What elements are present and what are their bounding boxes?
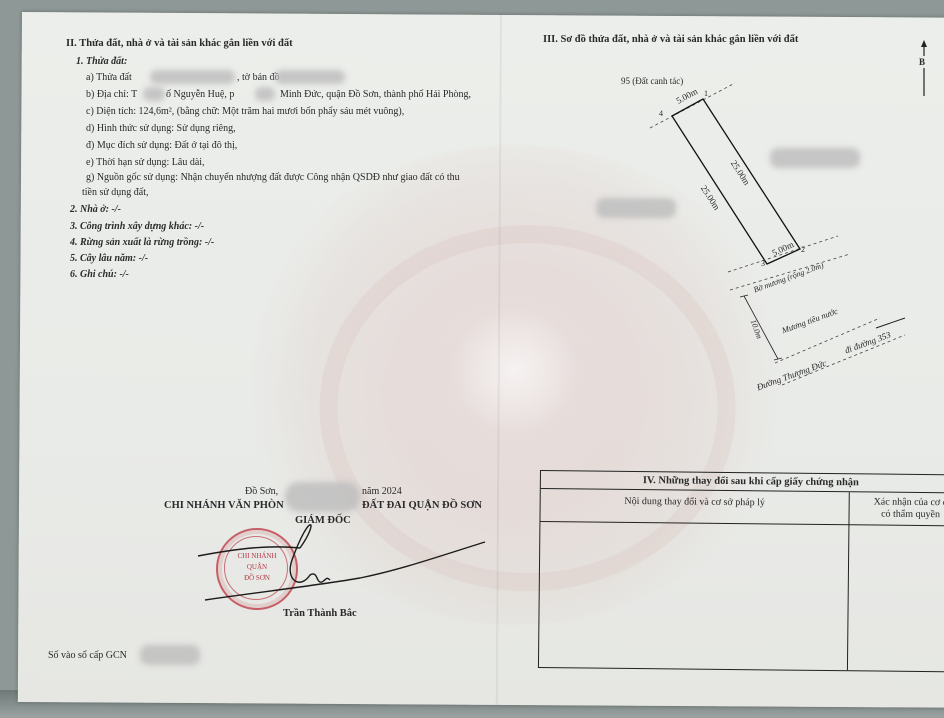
corner-1: 1 xyxy=(704,88,708,100)
redacted-diagram-info-1 xyxy=(770,148,860,168)
corner-3: 3 xyxy=(761,258,765,270)
changes-table-header: Nội dung thay đổi và cơ sở pháp lý Xác n… xyxy=(540,489,944,526)
col-change-content: Nội dung thay đổi và cơ sở pháp lý xyxy=(540,489,848,524)
redacted-diagram-info-2 xyxy=(596,198,676,218)
col-authority-confirmation: Xác nhận của cơ q có thẩm quyền xyxy=(850,496,944,521)
corner-4: 4 xyxy=(659,108,663,120)
corner-2: 2 xyxy=(801,244,805,256)
changes-table: IV. Những thay đổi sau khi cấp giấy chứn… xyxy=(538,470,944,672)
